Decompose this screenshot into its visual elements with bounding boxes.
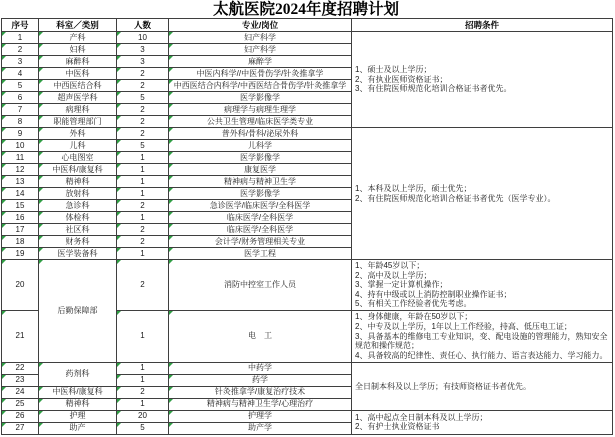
- cell-count: 1: [117, 164, 169, 176]
- cell-no: 10: [2, 140, 39, 152]
- cell-major: 精神病与精神卫生学: [169, 176, 352, 188]
- recruitment-table: 序号 科室／类别 人数 专业/岗位 招聘条件 1产科10妇产科学1、硕士及以上学…: [1, 18, 613, 435]
- table-row: 20后勤保障部2消防中控室工作人员1、年龄45岁以下； 2、高中及以上学历； 3…: [2, 260, 613, 311]
- cell-dept: 后勤保障部: [39, 260, 117, 363]
- cell-dept: 急诊科: [39, 200, 117, 212]
- cell-dept: 产科: [39, 32, 117, 44]
- col-header-conditions: 招聘条件: [352, 19, 613, 32]
- cell-count: 1: [117, 248, 169, 260]
- cell-dept: 助产: [39, 422, 117, 434]
- table-row: 1产科10妇产科学1、硕士及以上学历； 2、有执业医师资格证书； 3、有住院医师…: [2, 32, 613, 44]
- cell-conditions: 1、年龄45岁以下； 2、高中及以上学历； 3、掌握一定计算机操作； 4、持有中…: [352, 260, 613, 311]
- cell-count: 2: [117, 104, 169, 116]
- cell-count: 2: [117, 116, 169, 128]
- cell-count: 1: [117, 176, 169, 188]
- cell-no: 1: [2, 32, 39, 44]
- cell-dept: 超声医学科: [39, 92, 117, 104]
- cell-count: 1: [117, 212, 169, 224]
- cell-count: 2: [117, 80, 169, 92]
- cell-major: 临床医学/全科医学: [169, 212, 352, 224]
- cell-major: 医学工程: [169, 248, 352, 260]
- cell-major: 中医内科学//中医骨伤学/针灸推拿学: [169, 68, 352, 80]
- cell-no: 18: [2, 236, 39, 248]
- cell-no: 8: [2, 116, 39, 128]
- cell-count: 2: [117, 386, 169, 398]
- col-header-dept: 科室／类别: [39, 19, 117, 32]
- cell-count: 1: [117, 310, 169, 362]
- cell-count: 5: [117, 422, 169, 434]
- cell-count: 2: [117, 260, 169, 311]
- cell-major: 医学影像学: [169, 188, 352, 200]
- header-row: 序号 科室／类别 人数 专业/岗位 招聘条件: [2, 19, 613, 32]
- cell-no: 22: [2, 362, 39, 374]
- cell-conditions: 1、硕士及以上学历； 2、有执业医师资格证书； 3、有住院医师规范化培训合格证书…: [352, 32, 613, 128]
- cell-no: 24: [2, 386, 39, 398]
- cell-major: 精神病与精神卫生学/心理治疗: [169, 398, 352, 410]
- cell-major: 公共卫生管理/临床医学类专业: [169, 116, 352, 128]
- cell-no: 17: [2, 224, 39, 236]
- cell-major: 助产学: [169, 422, 352, 434]
- cell-major: 急诊医学/临床医学/全科医学: [169, 200, 352, 212]
- cell-conditions: 全日制本科及以上学历；有技师资格证书者优先。: [352, 362, 613, 410]
- table-row: 22药剂科1中药学全日制本科及以上学历；有技师资格证书者优先。: [2, 362, 613, 374]
- cell-no: 5: [2, 80, 39, 92]
- cell-count: 5: [117, 140, 169, 152]
- cell-major: 临床医学/全科医学: [169, 224, 352, 236]
- cell-dept: 妇科: [39, 44, 117, 56]
- cell-no: 11: [2, 152, 39, 164]
- cell-count: 3: [117, 56, 169, 68]
- cell-dept: 中医科/康复科: [39, 386, 117, 398]
- cell-count: 1: [117, 398, 169, 410]
- cell-major: 医学影像学: [169, 92, 352, 104]
- cell-major: 护理学: [169, 410, 352, 422]
- cell-major: 普外科/骨科/泌尿外科: [169, 128, 352, 140]
- cell-major: 医学影像学: [169, 152, 352, 164]
- cell-no: 20: [2, 260, 39, 311]
- cell-dept: 职能管理部门: [39, 116, 117, 128]
- cell-count: 3: [117, 44, 169, 56]
- table-row: 9外科2普外科/骨科/泌尿外科1、本科及以上学历，硕士优先； 2、有住院医师规范…: [2, 128, 613, 140]
- cell-no: 12: [2, 164, 39, 176]
- cell-conditions: 1、高中起点全日制本科及以上学历； 2、有护士执业资格证书: [352, 410, 613, 434]
- cell-dept: 医学装备科: [39, 248, 117, 260]
- cell-no: 26: [2, 410, 39, 422]
- cell-dept: 放射科: [39, 188, 117, 200]
- cell-no: 2: [2, 44, 39, 56]
- cell-dept: 精神科: [39, 176, 117, 188]
- table-row: 26护理20护理学1、高中起点全日制本科及以上学历； 2、有护士执业资格证书: [2, 410, 613, 422]
- cell-dept: 中医科: [39, 68, 117, 80]
- cell-major: 针灸推拿学/康复治疗技术: [169, 386, 352, 398]
- cell-count: 2: [117, 236, 169, 248]
- cell-dept: 财务科: [39, 236, 117, 248]
- cell-count: 2: [117, 224, 169, 236]
- cell-major: 病理学与病理生理学: [169, 104, 352, 116]
- cell-major: 会计学/财务管理相关专业: [169, 236, 352, 248]
- cell-no: 14: [2, 188, 39, 200]
- cell-count: 2: [117, 128, 169, 140]
- cell-no: 7: [2, 104, 39, 116]
- cell-no: 16: [2, 212, 39, 224]
- cell-count: 5: [117, 92, 169, 104]
- cell-no: 25: [2, 398, 39, 410]
- cell-major: 儿科学: [169, 140, 352, 152]
- cell-no: 27: [2, 422, 39, 434]
- cell-no: 13: [2, 176, 39, 188]
- cell-dept: 麻醉科: [39, 56, 117, 68]
- cell-count: 20: [117, 410, 169, 422]
- col-header-count: 人数: [117, 19, 169, 32]
- cell-dept: 药剂科: [39, 362, 117, 386]
- cell-count: 1: [117, 188, 169, 200]
- cell-dept: 中西医结合科: [39, 80, 117, 92]
- cell-no: 6: [2, 92, 39, 104]
- cell-count: 1: [117, 362, 169, 374]
- cell-no: 23: [2, 374, 39, 386]
- cell-dept: 病理科: [39, 104, 117, 116]
- cell-no: 9: [2, 128, 39, 140]
- cell-major: 电 工: [169, 310, 352, 362]
- cell-major: 消防中控室工作人员: [169, 260, 352, 311]
- cell-no: 15: [2, 200, 39, 212]
- cell-count: 2: [117, 68, 169, 80]
- cell-major: 药学: [169, 374, 352, 386]
- cell-conditions: 1、身体健康，年龄在50岁以下； 2、中专及以上学历，1年以上工作经验，持高、低…: [352, 310, 613, 362]
- cell-dept: 儿科: [39, 140, 117, 152]
- cell-dept: 中医科/康复科: [39, 164, 117, 176]
- cell-dept: 精神科: [39, 398, 117, 410]
- cell-count: 1: [117, 374, 169, 386]
- cell-dept: 社区科: [39, 224, 117, 236]
- cell-no: 21: [2, 310, 39, 362]
- cell-major: 麻醉学: [169, 56, 352, 68]
- cell-no: 4: [2, 68, 39, 80]
- col-header-major: 专业/岗位: [169, 19, 352, 32]
- col-header-no: 序号: [2, 19, 39, 32]
- cell-major: 中药学: [169, 362, 352, 374]
- page-title: 太航医院2024年度招聘计划: [0, 0, 612, 18]
- cell-no: 3: [2, 56, 39, 68]
- cell-dept: 护理: [39, 410, 117, 422]
- cell-conditions: 1、本科及以上学历，硕士优先； 2、有住院医师规范化培训合格证书者优先（医学专业…: [352, 128, 613, 260]
- cell-dept: 体检科: [39, 212, 117, 224]
- cell-count: 2: [117, 200, 169, 212]
- cell-dept: 心电图室: [39, 152, 117, 164]
- cell-no: 19: [2, 248, 39, 260]
- cell-dept: 外科: [39, 128, 117, 140]
- cell-count: 10: [117, 32, 169, 44]
- cell-major: 妇产科学: [169, 44, 352, 56]
- cell-major: 妇产科学: [169, 32, 352, 44]
- cell-count: 1: [117, 152, 169, 164]
- cell-major: 康复医学: [169, 164, 352, 176]
- cell-major: 中西医结合内科学/中西医结合骨伤学/针灸推拿学: [169, 80, 352, 92]
